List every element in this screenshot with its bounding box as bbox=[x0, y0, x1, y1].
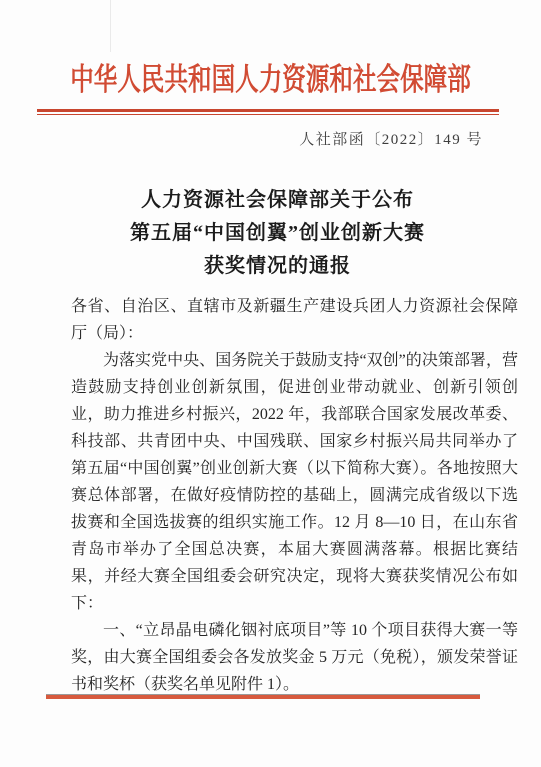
document-body: 各省、自治区、直辖市及新疆生产建设兵团人力资源社会保障厅（局）： 为落实党中央、… bbox=[71, 293, 518, 698]
salutation: 各省、自治区、直辖市及新疆生产建设兵团人力资源社会保障厅（局）： bbox=[71, 293, 518, 347]
document-title-line-1: 人力资源社会保障部关于公布 bbox=[14, 184, 541, 217]
letterhead-org-name: 中华人民共和国人力资源和社会保障部 bbox=[0, 54, 541, 99]
document-title-line-2: 第五届“中国创翼”创业创新大赛 bbox=[14, 217, 541, 250]
letterhead-org-name-text: 中华人民共和国人力资源和社会保障部 bbox=[70, 54, 471, 99]
document-number: 人社部函〔2022〕149 号 bbox=[299, 131, 483, 149]
letterhead-double-rule bbox=[37, 109, 499, 115]
body-paragraph-1: 为落实党中央、国务院关于鼓励支持“双创”的决策部署，营造鼓励支持创业创新氛围，促… bbox=[71, 347, 518, 617]
document-page: 中华人民共和国人力资源和社会保障部 人社部函〔2022〕149 号 人力资源社会… bbox=[0, 0, 541, 767]
body-paragraph-2: 一、“立昂晶电磷化铟衬底项目”等 10 个项目获得大赛一等奖，由大赛全国组委会各… bbox=[71, 617, 518, 698]
footer-rule bbox=[46, 694, 480, 699]
document-title-line-3: 获奖情况的通报 bbox=[14, 250, 541, 283]
scan-artifact-line bbox=[110, 0, 111, 52]
document-title: 人力资源社会保障部关于公布 第五届“中国创翼”创业创新大赛 获奖情况的通报 bbox=[0, 184, 541, 283]
